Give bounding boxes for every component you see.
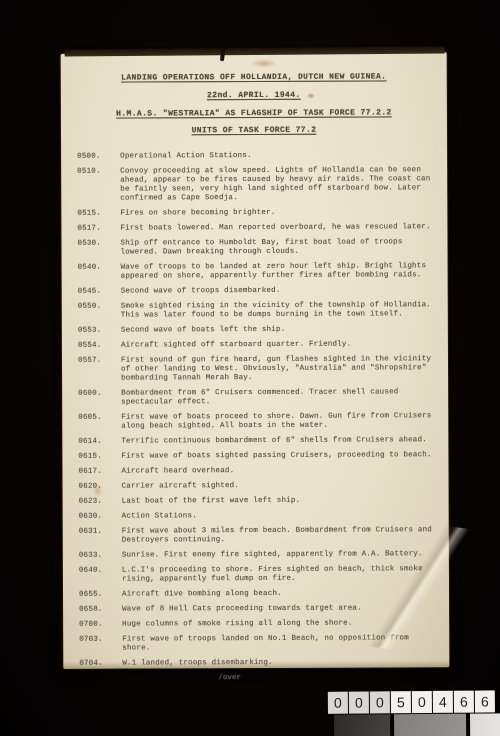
catalog-digit: 6	[454, 691, 474, 713]
document-header: LANDING OPERATIONS OFF HOLLANDIA, DUTCH …	[61, 52, 447, 136]
entry-text: First wave of boats proceed to shore. Da…	[121, 412, 440, 431]
entry-time: 0517.	[77, 225, 120, 234]
catalog-digit: 0	[328, 692, 348, 714]
entry-time: 0704.	[79, 660, 122, 669]
entry-text: Smoke sighted rising in the vicinity of …	[121, 301, 440, 320]
log-entry: 0540. Wave of troops to be landed at zer…	[78, 262, 440, 282]
entry-time: 0530.	[77, 240, 120, 258]
catalog-digit: 0	[370, 691, 390, 713]
entry-time: 0617.	[78, 468, 121, 477]
entry-text: Action Stations.	[122, 511, 441, 521]
page-footer-over: /over	[218, 673, 449, 682]
log-entry: 0553. Second wave of boats left the ship…	[78, 325, 440, 336]
entry-time: 0623.	[79, 498, 122, 507]
log-entry: 0517. First boats lowered. Man reported …	[77, 223, 439, 234]
entry-text: Carrier aircraft sighted.	[122, 481, 441, 491]
entry-text: Wave of 8 Hell Cats proceeding towards t…	[122, 604, 441, 614]
log-entry: 0550. Smoke sighted rising in the vicini…	[78, 301, 440, 321]
log-entry: 0605. First wave of boats proceed to sho…	[78, 412, 440, 432]
entry-text: Convoy proceeding at slow speed. Lights …	[120, 166, 439, 203]
entry-text: First wave about 3 miles from beach. Bom…	[122, 526, 441, 545]
log-entry: 0700. Huge columns of smoke rising all a…	[79, 619, 441, 630]
entry-text: First boats lowered. Man reported overbo…	[120, 223, 439, 233]
entry-time: 0631.	[79, 528, 122, 546]
entry-time: 0540.	[78, 264, 121, 282]
grayscale-patch-mid	[394, 714, 466, 736]
document-date: 22nd. APRIL. 1944.	[61, 90, 447, 101]
log-entry: 0655. Aircraft dive bombing along beach.	[79, 589, 441, 600]
log-entry: 0617. Aircraft heard overhead.	[78, 466, 440, 477]
log-entry: 0614. Terrific continuous bombardment of…	[78, 436, 440, 447]
entry-time: 0605.	[78, 414, 121, 432]
entry-time: 0545.	[78, 288, 121, 297]
log-entry: 0631. First wave about 3 miles from beac…	[79, 526, 441, 546]
entry-text: Aircraft sighted off starboard quarter. …	[121, 340, 440, 350]
log-entry: 0633. Sunrise. First enemy fire sighted,…	[79, 550, 441, 561]
entry-time: 0620.	[79, 483, 122, 492]
grayscale-reference-patches	[334, 713, 500, 736]
log-entry: 0500. Operational Action Stations.	[77, 151, 439, 162]
entry-time: 0640.	[79, 567, 122, 585]
log-entry-list: 0500. Operational Action Stations. 0510.…	[61, 151, 449, 669]
entry-time: 0557.	[78, 357, 121, 384]
entry-text: W.1 landed, troops disembarking.	[122, 658, 441, 668]
entry-time: 0614.	[78, 438, 121, 447]
entry-time: 0700.	[79, 621, 122, 630]
entry-text: Sunrise. First enemy fire sighted, appar…	[122, 550, 441, 560]
entry-time: 0553.	[78, 327, 121, 336]
entry-text: L.C.I's proceeding to shore. Fires sight…	[122, 565, 441, 584]
entry-time: 0515.	[77, 210, 120, 219]
catalog-digit: 6	[475, 690, 495, 712]
entry-time: 0615.	[78, 453, 121, 462]
catalog-digit: 0	[412, 691, 432, 713]
log-entry: 0658. Wave of 8 Hell Cats proceeding tow…	[79, 604, 441, 615]
log-entry: 0640. L.C.I's proceeding to shore. Fires…	[79, 565, 441, 585]
entry-text: Aircraft dive bombing along beach.	[122, 589, 441, 599]
catalog-digit: 0	[349, 691, 369, 713]
entry-text: First wave of boats sighted passing Crui…	[121, 451, 440, 461]
log-entry: 0615. First wave of boats sighted passin…	[78, 451, 440, 462]
log-entry: 0557. First sound of gun fire heard, gun…	[78, 355, 440, 384]
document-subtitle-units: UNITS OF TASK FORCE 77.2	[61, 125, 447, 136]
entry-time: 0703.	[79, 636, 122, 654]
log-entry: 0510. Convoy proceeding at slow speed. L…	[77, 166, 439, 204]
entry-time: 0500.	[77, 153, 120, 162]
catalog-digit: 4	[433, 691, 453, 713]
entry-time: 0600.	[78, 390, 121, 408]
log-entry: 0620. Carrier aircraft sighted.	[79, 481, 441, 492]
entry-time: 0630.	[79, 513, 122, 522]
entry-text: Second wave of boats left the ship.	[121, 325, 440, 335]
entry-text: Terrific continuous bombardment of 6" sh…	[121, 436, 440, 446]
log-entry: 0545. Second wave of troops disembarked.	[78, 286, 440, 297]
entry-text: Bombardment from 6" Cruisers commenced. …	[121, 388, 440, 407]
entry-text: First sound of gun fire heard, gun flash…	[121, 355, 440, 383]
log-entry: 0554. Aircraft sighted off starboard qua…	[78, 340, 440, 351]
grayscale-patch-light	[470, 713, 500, 736]
entry-text: Wave of troops to be landed at zero hour…	[121, 262, 440, 281]
entry-text: Fires on shore becoming brighter.	[120, 208, 439, 218]
log-entry: 0530. Ship off entrance to Humboldt Bay,…	[77, 238, 439, 258]
grayscale-patch-dark	[334, 714, 390, 736]
entry-time: 0550.	[78, 303, 121, 321]
entry-text: Second wave of troops disembarked.	[121, 286, 440, 296]
entry-text: Huge columns of smoke rising all along t…	[122, 619, 441, 629]
log-entry: 0630. Action Stations.	[79, 511, 441, 522]
catalog-digit: 5	[391, 691, 411, 713]
document-page: LANDING OPERATIONS OFF HOLLANDIA, DUTCH …	[61, 52, 450, 669]
log-entry: 0704. W.1 landed, troops disembarking.	[79, 658, 441, 669]
entry-time: 0510.	[77, 168, 120, 204]
entry-text: Ship off entrance to Humboldt Bay, first…	[120, 238, 439, 257]
entry-time: 0655.	[79, 591, 122, 600]
log-entry: 0515. Fires on shore becoming brighter.	[77, 208, 439, 219]
document-subtitle-flagship: H.M.A.S. "WESTRALIA" AS FLAGSHIP OF TASK…	[61, 108, 447, 119]
entry-time: 0658.	[79, 606, 122, 615]
entry-text: First wave of troops landed on No.1 Beac…	[122, 634, 441, 653]
entry-text: Last boat of the first wave left ship.	[122, 496, 441, 506]
log-entry: 0703. First wave of troops landed on No.…	[79, 634, 441, 654]
entry-text: Operational Action Stations.	[120, 151, 439, 161]
catalog-number: 00050466	[328, 690, 500, 714]
catalog-scale-card: 00050466	[328, 690, 500, 736]
entry-time: 0633.	[79, 552, 122, 561]
document-title: LANDING OPERATIONS OFF HOLLANDIA, DUTCH …	[61, 72, 447, 83]
log-entry: 0623. Last boat of the first wave left s…	[79, 496, 441, 507]
entry-time: 0554.	[78, 342, 121, 351]
log-entry: 0600. Bombardment from 6" Cruisers comme…	[78, 388, 440, 408]
entry-text: Aircraft heard overhead.	[121, 466, 440, 476]
